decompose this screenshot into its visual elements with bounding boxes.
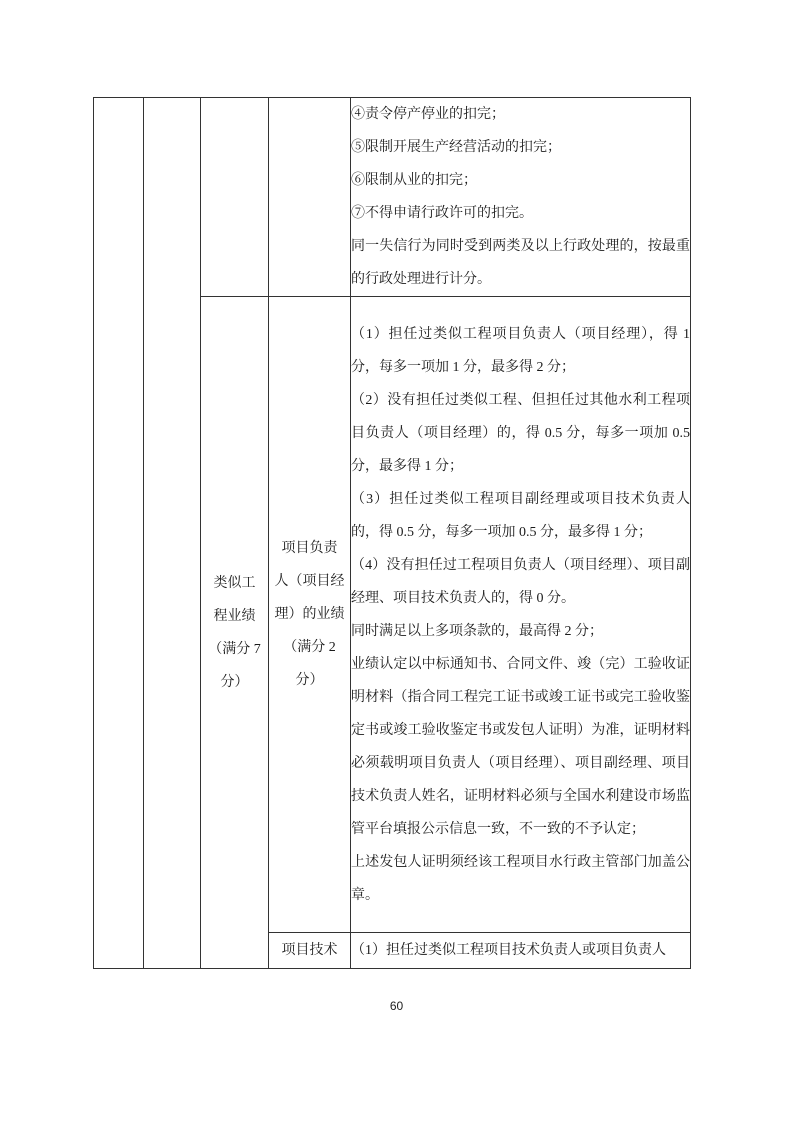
scoring-criteria-table: ④责令停产停业的扣完； ⑤限制开展生产经营活动的扣完； ⑥限制从业的扣完； ⑦不… bbox=[93, 97, 691, 969]
project-manager-performance-criteria-cell: （1）担任过类似工程项目负责人（项目经理），得 1 分，每多一项加 1 分，最多… bbox=[351, 297, 691, 933]
page-number: 60 bbox=[0, 999, 793, 1013]
empty-cell-col3-row1 bbox=[201, 98, 269, 297]
similar-project-performance-category-cell: 类似工 程业绩 （满分 7 分） bbox=[201, 297, 269, 969]
empty-cell-col2 bbox=[144, 98, 201, 969]
empty-cell-col1 bbox=[94, 98, 144, 969]
empty-cell-col4-row1 bbox=[269, 98, 351, 297]
project-technical-criteria-cell: （1）担任过类似工程项目技术负责人或项目负责人 bbox=[351, 933, 691, 969]
document-page: ④责令停产停业的扣完； ⑤限制开展生产经营活动的扣完； ⑥限制从业的扣完； ⑦不… bbox=[0, 0, 793, 1122]
project-technical-label-cell: 项目技术 bbox=[269, 933, 351, 969]
project-manager-performance-label-cell: 项目负责 人（项目经 理）的业绩 （满分 2 分） bbox=[269, 297, 351, 933]
admin-penalty-rules-cell: ④责令停产停业的扣完； ⑤限制开展生产经营活动的扣完； ⑥限制从业的扣完； ⑦不… bbox=[351, 98, 691, 297]
